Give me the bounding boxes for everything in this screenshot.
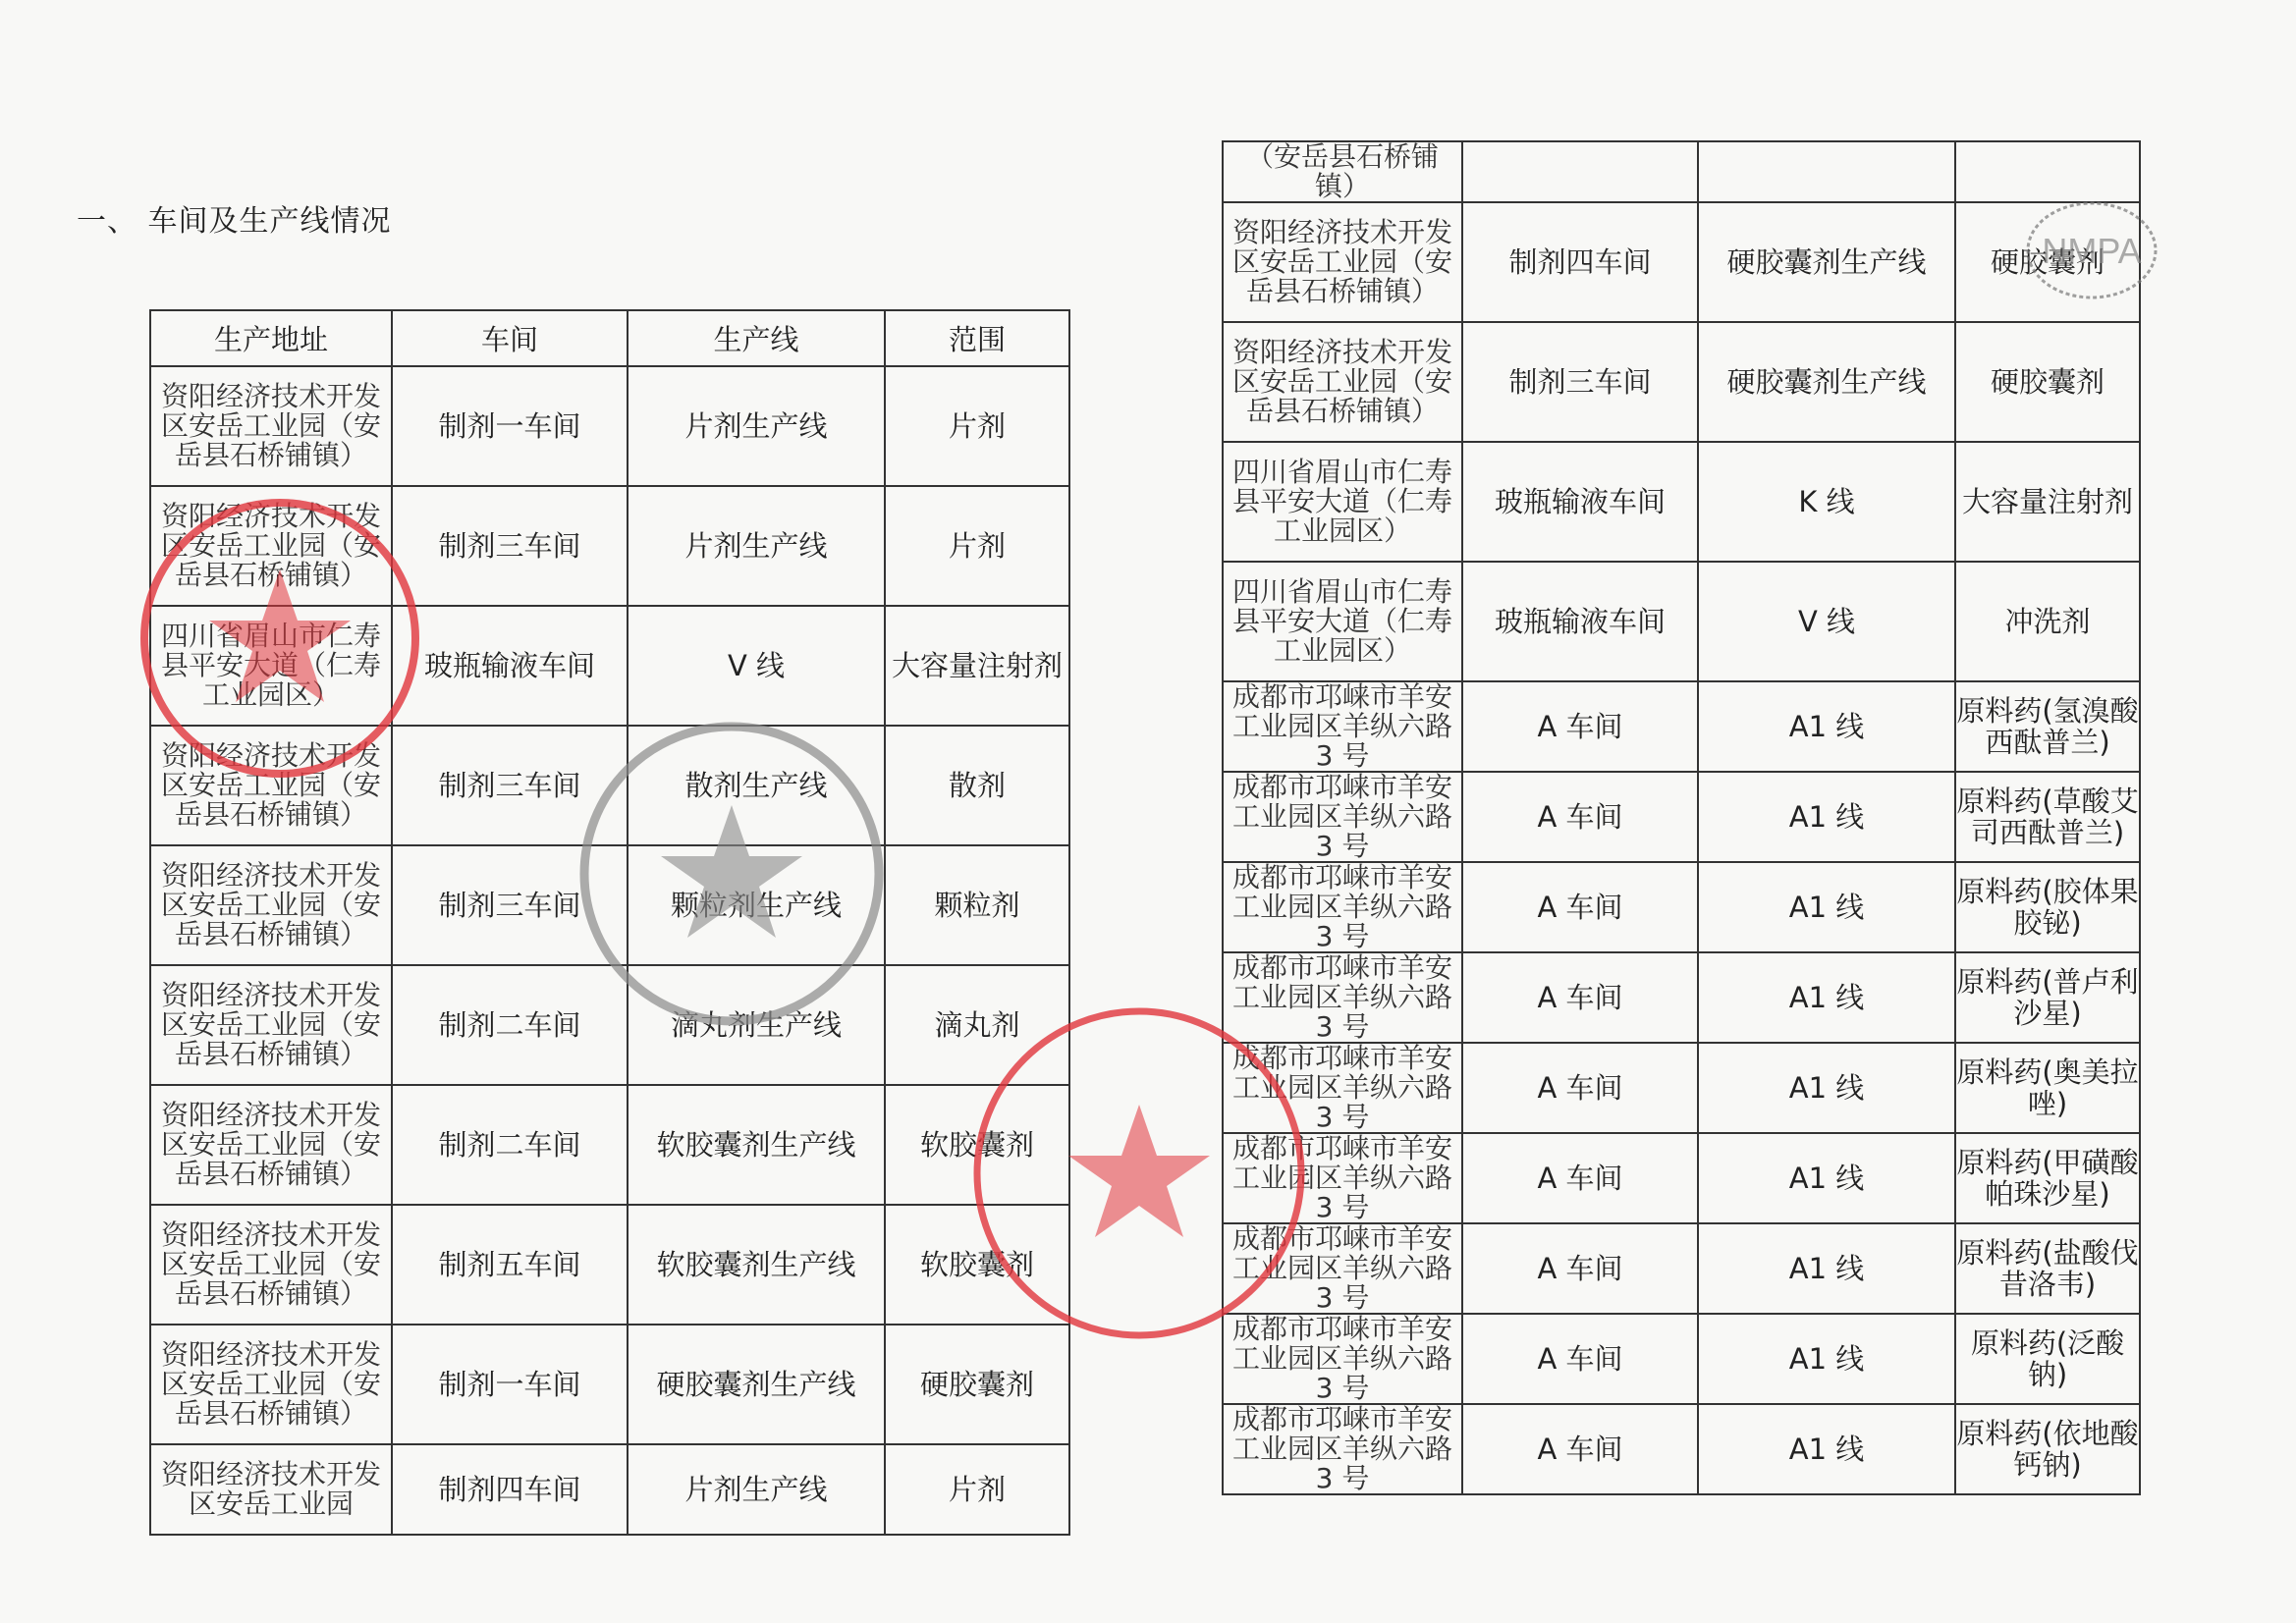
cell-workshop: A 车间 [1462, 1043, 1698, 1133]
cell-line: A1 线 [1698, 1133, 1955, 1223]
table-row: 成都市邛崃市羊安工业园区羊纵六路 3 号A 车间A1 线原料药(泛酸钠) [1223, 1314, 2140, 1404]
cell-scope: 原料药(泛酸钠) [1955, 1314, 2140, 1404]
cell-scope: 硬胶囊剂 [1955, 202, 2140, 322]
cell-workshop [1462, 141, 1698, 202]
table-row: 四川省眉山市仁寿县平安大道（仁寿工业园区）玻瓶输液车间K 线大容量注射剂 [1223, 442, 2140, 562]
cell-line: 片剂生产线 [628, 366, 885, 486]
cell-address: 资阳经济技术开发区安岳工业园 [150, 1444, 392, 1535]
cell-scope: 散剂 [885, 726, 1069, 845]
cell-address: 资阳经济技术开发区安岳工业园（安岳县石桥铺镇） [150, 1205, 392, 1325]
cell-line: V 线 [628, 606, 885, 726]
cell-line: V 线 [1698, 562, 1955, 681]
cell-line: 滴丸剂生产线 [628, 965, 885, 1085]
cell-scope: 片剂 [885, 366, 1069, 486]
cell-scope: 硬胶囊剂 [1955, 322, 2140, 442]
cell-scope: 大容量注射剂 [1955, 442, 2140, 562]
cell-scope: 硬胶囊剂 [885, 1325, 1069, 1444]
cell-line: 软胶囊剂生产线 [628, 1085, 885, 1205]
table-row: 成都市邛崃市羊安工业园区羊纵六路 3 号A 车间A1 线原料药(胶体果胶铋) [1223, 862, 2140, 952]
table-row: 资阳经济技术开发区安岳工业园（安岳县石桥铺镇）制剂三车间片剂生产线片剂 [150, 486, 1069, 606]
header-line: 生产线 [628, 310, 885, 366]
cell-address: 资阳经济技术开发区安岳工业园（安岳县石桥铺镇） [150, 486, 392, 606]
table-row: 资阳经济技术开发区安岳工业园（安岳县石桥铺镇）制剂三车间硬胶囊剂生产线硬胶囊剂 [1223, 322, 2140, 442]
table-row: 四川省眉山市仁寿县平安大道（仁寿工业园区）玻瓶输液车间V 线冲洗剂 [1223, 562, 2140, 681]
cell-scope: 原料药(氢溴酸西酞普兰) [1955, 681, 2140, 772]
cell-workshop: A 车间 [1462, 1404, 1698, 1494]
cell-address: 成都市邛崃市羊安工业园区羊纵六路 3 号 [1223, 1043, 1462, 1133]
cell-workshop: A 车间 [1462, 1314, 1698, 1404]
cell-workshop: 制剂一车间 [392, 366, 628, 486]
cell-workshop: 制剂四车间 [1462, 202, 1698, 322]
cell-workshop: 制剂五车间 [392, 1205, 628, 1325]
cell-line: A1 线 [1698, 1223, 1955, 1314]
cell-workshop: 制剂一车间 [392, 1325, 628, 1444]
cell-address: （安岳县石桥铺镇） [1223, 141, 1462, 202]
cell-line: A1 线 [1698, 1043, 1955, 1133]
cell-address: 成都市邛崃市羊安工业园区羊纵六路 3 号 [1223, 952, 1462, 1043]
cell-scope [1955, 141, 2140, 202]
table-row: 资阳经济技术开发区安岳工业园（安岳县石桥铺镇）制剂三车间散剂生产线散剂 [150, 726, 1069, 845]
table-row: 资阳经济技术开发区安岳工业园（安岳县石桥铺镇）制剂四车间硬胶囊剂生产线硬胶囊剂 [1223, 202, 2140, 322]
cell-scope: 原料药(盐酸伐昔洛韦) [1955, 1223, 2140, 1314]
cell-scope: 原料药(奥美拉唑) [1955, 1043, 2140, 1133]
cell-address: 资阳经济技术开发区安岳工业园（安岳县石桥铺镇） [150, 726, 392, 845]
table-row: 成都市邛崃市羊安工业园区羊纵六路 3 号A 车间A1 线原料药(依地酸钙钠) [1223, 1404, 2140, 1494]
cell-line: 散剂生产线 [628, 726, 885, 845]
cell-line: A1 线 [1698, 1314, 1955, 1404]
table-row: 成都市邛崃市羊安工业园区羊纵六路 3 号A 车间A1 线原料药(草酸艾司西酞普兰… [1223, 772, 2140, 862]
cell-address: 四川省眉山市仁寿县平安大道（仁寿工业园区） [1223, 562, 1462, 681]
table-row: （安岳县石桥铺镇） [1223, 141, 2140, 202]
table-row: 资阳经济技术开发区安岳工业园（安岳县石桥铺镇）制剂三车间颗粒剂生产线颗粒剂 [150, 845, 1069, 965]
document-page: 一、 车间及生产线情况 生产地址 车间 生产线 范围 资阳经济技术开发区安岳工业… [0, 0, 2296, 1623]
cell-scope: 原料药(甲磺酸帕珠沙星) [1955, 1133, 2140, 1223]
cell-line: 片剂生产线 [628, 1444, 885, 1535]
table-row: 资阳经济技术开发区安岳工业园（安岳县石桥铺镇）制剂一车间片剂生产线片剂 [150, 366, 1069, 486]
cell-address: 资阳经济技术开发区安岳工业园（安岳县石桥铺镇） [150, 1085, 392, 1205]
cell-scope: 软胶囊剂 [885, 1205, 1069, 1325]
cell-address: 资阳经济技术开发区安岳工业园（安岳县石桥铺镇） [1223, 202, 1462, 322]
cell-line [1698, 141, 1955, 202]
table-row: 资阳经济技术开发区安岳工业园（安岳县石桥铺镇）制剂二车间软胶囊剂生产线软胶囊剂 [150, 1085, 1069, 1205]
cell-line: A1 线 [1698, 952, 1955, 1043]
table-row: 成都市邛崃市羊安工业园区羊纵六路 3 号A 车间A1 线原料药(普卢利沙星) [1223, 952, 2140, 1043]
header-scope: 范围 [885, 310, 1069, 366]
cell-scope: 原料药(普卢利沙星) [1955, 952, 2140, 1043]
cell-workshop: A 车间 [1462, 952, 1698, 1043]
cell-workshop: 制剂三车间 [392, 486, 628, 606]
cell-line: A1 线 [1698, 681, 1955, 772]
cell-workshop: 玻瓶输液车间 [1462, 562, 1698, 681]
table-row: 成都市邛崃市羊安工业园区羊纵六路 3 号A 车间A1 线原料药(盐酸伐昔洛韦) [1223, 1223, 2140, 1314]
header-workshop: 车间 [392, 310, 628, 366]
cell-line: 硬胶囊剂生产线 [628, 1325, 885, 1444]
cell-address: 资阳经济技术开发区安岳工业园（安岳县石桥铺镇） [150, 366, 392, 486]
cell-address: 四川省眉山市仁寿县平安大道（仁寿工业园区） [150, 606, 392, 726]
cell-scope: 片剂 [885, 486, 1069, 606]
cell-workshop: 制剂三车间 [392, 845, 628, 965]
cell-scope: 滴丸剂 [885, 965, 1069, 1085]
cell-line: K 线 [1698, 442, 1955, 562]
section-heading: 一、 车间及生产线情况 [77, 196, 392, 240]
cell-line: A1 线 [1698, 1404, 1955, 1494]
cell-address: 成都市邛崃市羊安工业园区羊纵六路 3 号 [1223, 1314, 1462, 1404]
cell-workshop: 制剂二车间 [392, 1085, 628, 1205]
cell-workshop: 制剂三车间 [1462, 322, 1698, 442]
cell-address: 成都市邛崃市羊安工业园区羊纵六路 3 号 [1223, 772, 1462, 862]
cell-scope: 冲洗剂 [1955, 562, 2140, 681]
cell-scope: 颗粒剂 [885, 845, 1069, 965]
cell-line: 硬胶囊剂生产线 [1698, 202, 1955, 322]
cell-address: 成都市邛崃市羊安工业园区羊纵六路 3 号 [1223, 862, 1462, 952]
cell-workshop: A 车间 [1462, 1133, 1698, 1223]
cell-workshop: A 车间 [1462, 1223, 1698, 1314]
cell-address: 资阳经济技术开发区安岳工业园（安岳县石桥铺镇） [150, 965, 392, 1085]
cell-scope: 片剂 [885, 1444, 1069, 1535]
cell-workshop: 制剂四车间 [392, 1444, 628, 1535]
cell-line: 片剂生产线 [628, 486, 885, 606]
cell-address: 资阳经济技术开发区安岳工业园（安岳县石桥铺镇） [1223, 322, 1462, 442]
cell-line: 软胶囊剂生产线 [628, 1205, 885, 1325]
cell-workshop: 玻瓶输液车间 [392, 606, 628, 726]
table-header-row: 生产地址 车间 生产线 范围 [150, 310, 1069, 366]
cell-line: A1 线 [1698, 862, 1955, 952]
table-row: 成都市邛崃市羊安工业园区羊纵六路 3 号A 车间A1 线原料药(氢溴酸西酞普兰) [1223, 681, 2140, 772]
cell-address: 成都市邛崃市羊安工业园区羊纵六路 3 号 [1223, 1223, 1462, 1314]
cell-address: 四川省眉山市仁寿县平安大道（仁寿工业园区） [1223, 442, 1462, 562]
cell-line: A1 线 [1698, 772, 1955, 862]
cell-line: 颗粒剂生产线 [628, 845, 885, 965]
cell-scope: 原料药(胶体果胶铋) [1955, 862, 2140, 952]
table-row: 成都市邛崃市羊安工业园区羊纵六路 3 号A 车间A1 线原料药(甲磺酸帕珠沙星) [1223, 1133, 2140, 1223]
cell-address: 资阳经济技术开发区安岳工业园（安岳县石桥铺镇） [150, 845, 392, 965]
workshop-table-right: （安岳县石桥铺镇）资阳经济技术开发区安岳工业园（安岳县石桥铺镇）制剂四车间硬胶囊… [1222, 140, 2141, 1495]
cell-workshop: 制剂二车间 [392, 965, 628, 1085]
cell-address: 成都市邛崃市羊安工业园区羊纵六路 3 号 [1223, 1133, 1462, 1223]
cell-scope: 软胶囊剂 [885, 1085, 1069, 1205]
cell-scope: 原料药(依地酸钙钠) [1955, 1404, 2140, 1494]
cell-workshop: A 车间 [1462, 681, 1698, 772]
cell-workshop: 制剂三车间 [392, 726, 628, 845]
table-row: 成都市邛崃市羊安工业园区羊纵六路 3 号A 车间A1 线原料药(奥美拉唑) [1223, 1043, 2140, 1133]
table-row: 资阳经济技术开发区安岳工业园（安岳县石桥铺镇）制剂五车间软胶囊剂生产线软胶囊剂 [150, 1205, 1069, 1325]
workshop-table-left: 生产地址 车间 生产线 范围 资阳经济技术开发区安岳工业园（安岳县石桥铺镇）制剂… [149, 309, 1070, 1536]
cell-scope: 大容量注射剂 [885, 606, 1069, 726]
table-row: 四川省眉山市仁寿县平安大道（仁寿工业园区）玻瓶输液车间V 线大容量注射剂 [150, 606, 1069, 726]
cell-address: 资阳经济技术开发区安岳工业园（安岳县石桥铺镇） [150, 1325, 392, 1444]
cell-workshop: A 车间 [1462, 772, 1698, 862]
cell-address: 成都市邛崃市羊安工业园区羊纵六路 3 号 [1223, 681, 1462, 772]
table-row: 资阳经济技术开发区安岳工业园制剂四车间片剂生产线片剂 [150, 1444, 1069, 1535]
cell-scope: 原料药(草酸艾司西酞普兰) [1955, 772, 2140, 862]
cell-address: 成都市邛崃市羊安工业园区羊纵六路 3 号 [1223, 1404, 1462, 1494]
cell-line: 硬胶囊剂生产线 [1698, 322, 1955, 442]
cell-workshop: A 车间 [1462, 862, 1698, 952]
header-address: 生产地址 [150, 310, 392, 366]
table-row: 资阳经济技术开发区安岳工业园（安岳县石桥铺镇）制剂一车间硬胶囊剂生产线硬胶囊剂 [150, 1325, 1069, 1444]
table-row: 资阳经济技术开发区安岳工业园（安岳县石桥铺镇）制剂二车间滴丸剂生产线滴丸剂 [150, 965, 1069, 1085]
cell-workshop: 玻瓶输液车间 [1462, 442, 1698, 562]
